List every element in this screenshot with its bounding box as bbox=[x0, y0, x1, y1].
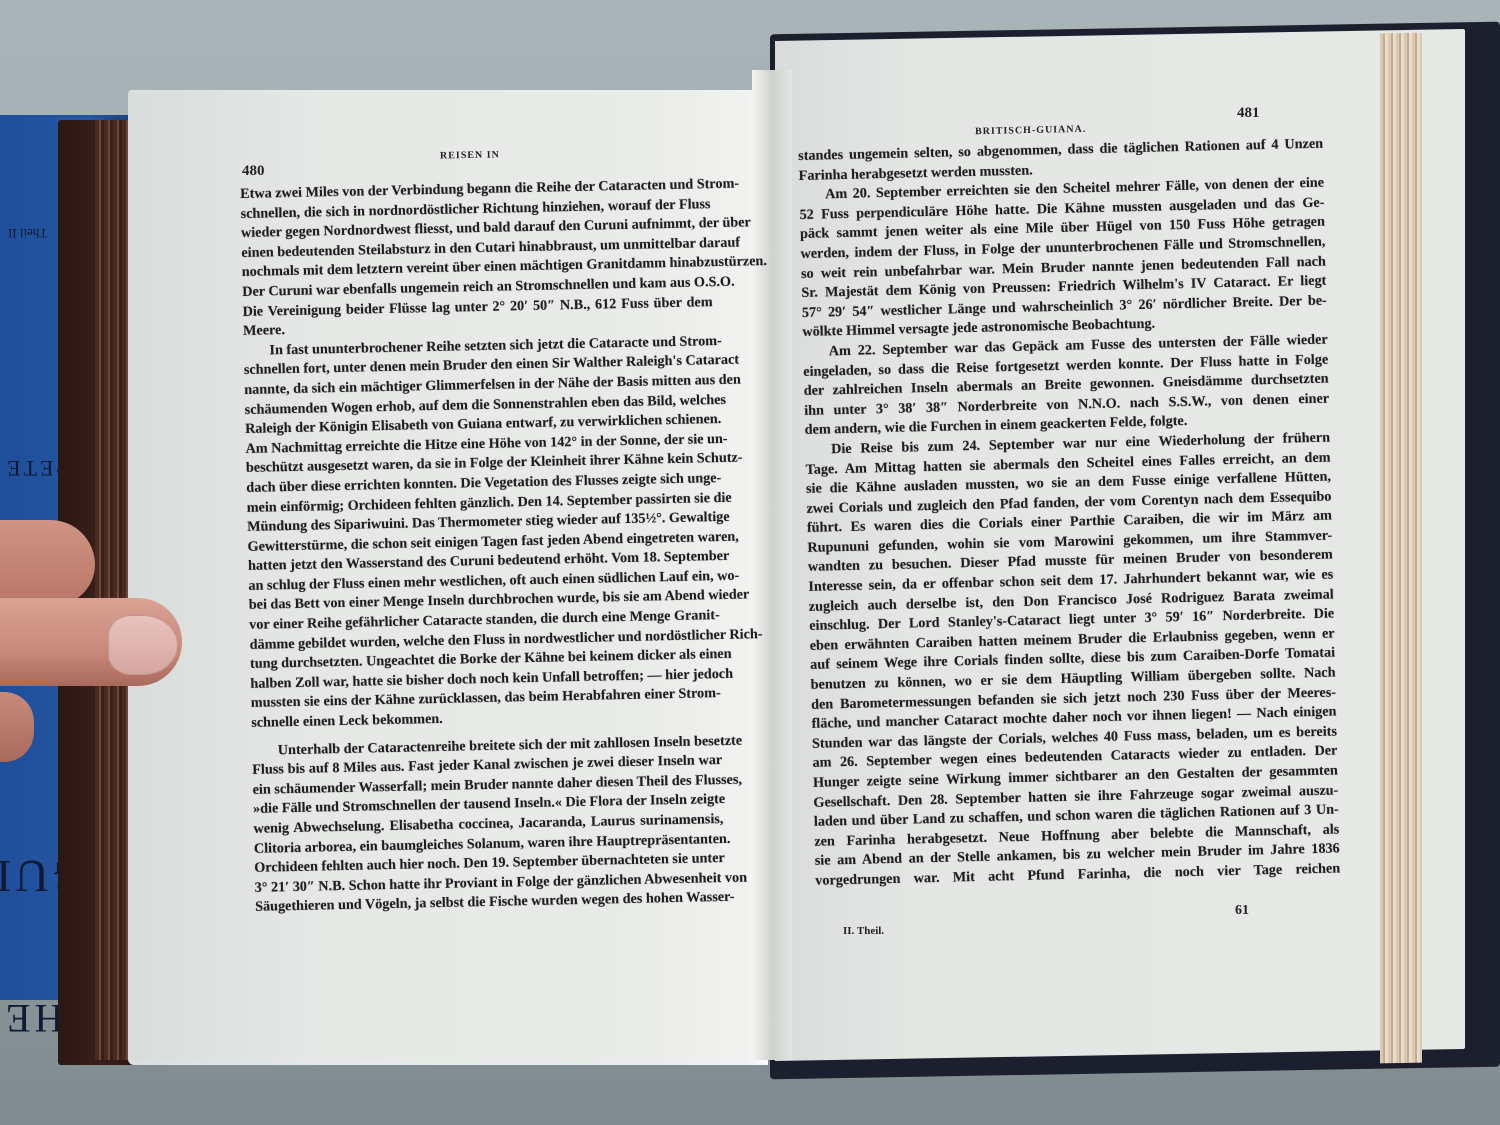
right-page-signature-mark: 61 bbox=[1235, 903, 1249, 919]
left-page-number: 480 bbox=[242, 163, 265, 180]
thumbnail bbox=[108, 615, 178, 675]
right-page-body: standes ungemein selten, so abgenommen, … bbox=[798, 135, 1340, 892]
left-running-head: REISEN IN bbox=[440, 149, 500, 161]
right-page-number: 481 bbox=[1237, 105, 1260, 122]
book-gutter bbox=[752, 70, 792, 1060]
blue-book-label-1: Theil II bbox=[8, 225, 47, 241]
right-page-edges bbox=[1380, 33, 1422, 1064]
hand-holding-page bbox=[0, 520, 185, 780]
left-page-body: Etwa zwei Miles von der Verbindung began… bbox=[240, 175, 725, 918]
middle-finger bbox=[0, 692, 34, 762]
right-page-footer-volume: II. Theil. bbox=[843, 925, 884, 937]
index-finger bbox=[0, 520, 95, 605]
